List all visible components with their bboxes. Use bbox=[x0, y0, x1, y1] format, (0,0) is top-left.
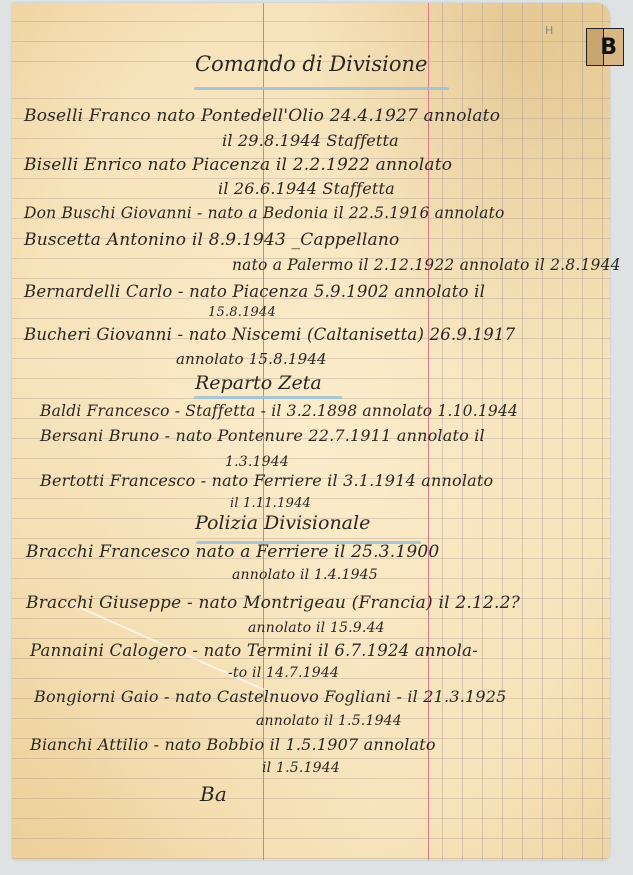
entry-line: 15.8.1944 bbox=[208, 305, 276, 320]
heading-underline bbox=[194, 87, 449, 90]
entry-line: Buscetta Antonino il 8.9.1943 _Cappellan… bbox=[24, 230, 399, 250]
entry-line: annolato il 1.5.1944 bbox=[256, 713, 402, 729]
entry-line: 1.3.1944 bbox=[225, 454, 289, 470]
index-tab-label: B bbox=[600, 35, 617, 60]
entry-line: Bianchi Attilio - nato Bobbio il 1.5.190… bbox=[30, 735, 436, 754]
entry-line: Boselli Franco nato Pontedell'Olio 24.4.… bbox=[24, 106, 500, 126]
entry-line: Bernardelli Carlo - nato Piacenza 5.9.19… bbox=[24, 282, 485, 301]
entry-line: il 1.5.1944 bbox=[262, 760, 340, 776]
entry-line: Bertotti Francesco - nato Ferriere il 3.… bbox=[40, 471, 493, 490]
entry-line: -to il 14.7.1944 bbox=[228, 665, 339, 681]
entry-line: Pannaini Calogero - nato Termini il 6.7.… bbox=[30, 641, 478, 660]
section-heading: Polizia Divisionale bbox=[195, 512, 370, 534]
entry-line: nato a Palermo il 2.12.1922 annolato il … bbox=[232, 256, 621, 274]
section-heading: Comando di Divisione bbox=[195, 52, 428, 76]
corner-mark: H bbox=[545, 24, 553, 37]
entry-line: Bongiorni Gaio - nato Castelnuovo Foglia… bbox=[34, 687, 507, 706]
entry-line: annolato 15.8.1944 bbox=[176, 350, 327, 368]
trailing-fragment: Ba bbox=[200, 782, 227, 806]
entry-line: il 26.6.1944 Staffetta bbox=[218, 179, 395, 198]
entry-line: Bracchi Giuseppe - nato Montrigeau (Fran… bbox=[26, 593, 520, 613]
entry-line: Bracchi Francesco nato a Ferriere il 25.… bbox=[26, 542, 439, 562]
index-tab: B bbox=[586, 28, 624, 66]
heading-underline bbox=[194, 396, 342, 399]
entry-line: Baldi Francesco - Staffetta - il 3.2.189… bbox=[40, 402, 518, 420]
entry-line: annolato il 1.4.1945 bbox=[232, 567, 378, 583]
section-heading: Reparto Zeta bbox=[195, 372, 322, 394]
entry-line: Biselli Enrico nato Piacenza il 2.2.1922… bbox=[24, 155, 452, 175]
entry-line: il 1.11.1944 bbox=[230, 496, 311, 511]
entry-line: annolato il 15.9.44 bbox=[248, 620, 385, 636]
entry-line: Don Buschi Giovanni - nato a Bedonia il … bbox=[24, 204, 505, 222]
entry-line: Bersani Bruno - nato Pontenure 22.7.1911… bbox=[40, 426, 485, 445]
entry-line: il 29.8.1944 Staffetta bbox=[222, 131, 399, 150]
entry-line: Bucheri Giovanni - nato Niscemi (Caltani… bbox=[24, 325, 515, 344]
